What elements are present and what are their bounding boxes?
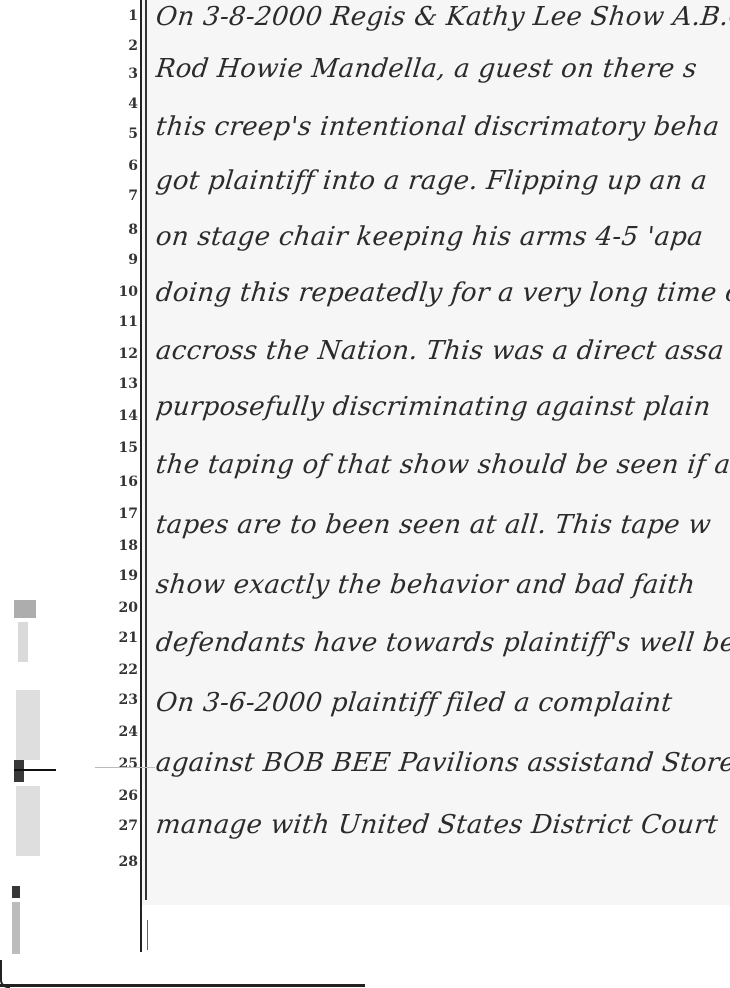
scan-artifact [12, 902, 20, 954]
margin-rule-tail [147, 920, 148, 950]
line-number: 22 [112, 662, 138, 678]
handwritten-line: manage with United States District Court [154, 810, 730, 840]
handwritten-line: On 3-6-2000 plaintiff filed a complaint [154, 688, 730, 718]
line-number: 20 [112, 600, 138, 616]
line-number: 9 [112, 252, 138, 268]
handwritten-line: this creep's intentional discrimatory be… [154, 112, 730, 142]
line-number: 7 [112, 188, 138, 204]
line-number: 18 [112, 538, 138, 554]
handwritten-line: against BOB BEE Pavilions assistand Stor… [154, 748, 730, 778]
scan-artifact [16, 786, 40, 856]
line-number: 27 [112, 818, 138, 834]
handwritten-line: got plaintiff into a rage. Flipping up a… [154, 166, 730, 196]
line-number: 6 [112, 158, 138, 174]
line-number: 10 [112, 284, 138, 300]
line-number: 4 [112, 96, 138, 112]
handwritten-line: on stage chair keeping his arms 4-5 'apa [154, 222, 730, 252]
handwritten-line: tapes are to been seen at all. This tape… [154, 510, 730, 540]
line-number: 24 [112, 724, 138, 740]
scan-artifact [14, 760, 24, 782]
line-number: 17 [112, 506, 138, 522]
handwritten-line: purposefully discriminating against plai… [154, 392, 730, 422]
scan-artifact-line [95, 767, 155, 768]
scan-artifact [16, 690, 40, 760]
line-number: 3 [112, 66, 138, 82]
line-number: 26 [112, 788, 138, 804]
line-number: 21 [112, 630, 138, 646]
handwritten-line: defendants have towards plaintiff's well… [154, 628, 730, 658]
margin-rule-outer [140, 0, 142, 952]
line-number: 15 [112, 440, 138, 456]
line-number: 16 [112, 474, 138, 490]
line-number: 2 [112, 38, 138, 54]
handwritten-line: show exactly the behavior and bad faith [154, 570, 730, 600]
page-bottom-edge [0, 984, 365, 987]
scan-artifact [18, 622, 28, 662]
line-number: 1 [112, 8, 138, 24]
line-number: 19 [112, 568, 138, 584]
line-number: 11 [112, 314, 138, 330]
handwritten-line: On 3-8-2000 Regis & Kathy Lee Show A.B.C… [154, 2, 730, 32]
scan-artifact-line [14, 769, 56, 771]
margin-rule-inner [145, 0, 147, 900]
line-number: 23 [112, 692, 138, 708]
line-number: 8 [112, 222, 138, 238]
line-number: 28 [112, 854, 138, 870]
handwritten-line: the taping of that show should be seen i… [154, 450, 730, 480]
scan-artifact [14, 600, 36, 618]
scan-artifact [12, 886, 20, 898]
handwritten-line: Rod Howie Mandella, a guest on there s [154, 54, 730, 84]
line-number: 25 [112, 756, 138, 772]
line-number: 13 [112, 376, 138, 392]
line-number: 14 [112, 408, 138, 424]
handwritten-line: doing this repeatedly for a very long ti… [154, 278, 730, 308]
line-number: 12 [112, 346, 138, 362]
handwritten-line: accross the Nation. This was a direct as… [154, 336, 730, 366]
line-number: 5 [112, 126, 138, 142]
